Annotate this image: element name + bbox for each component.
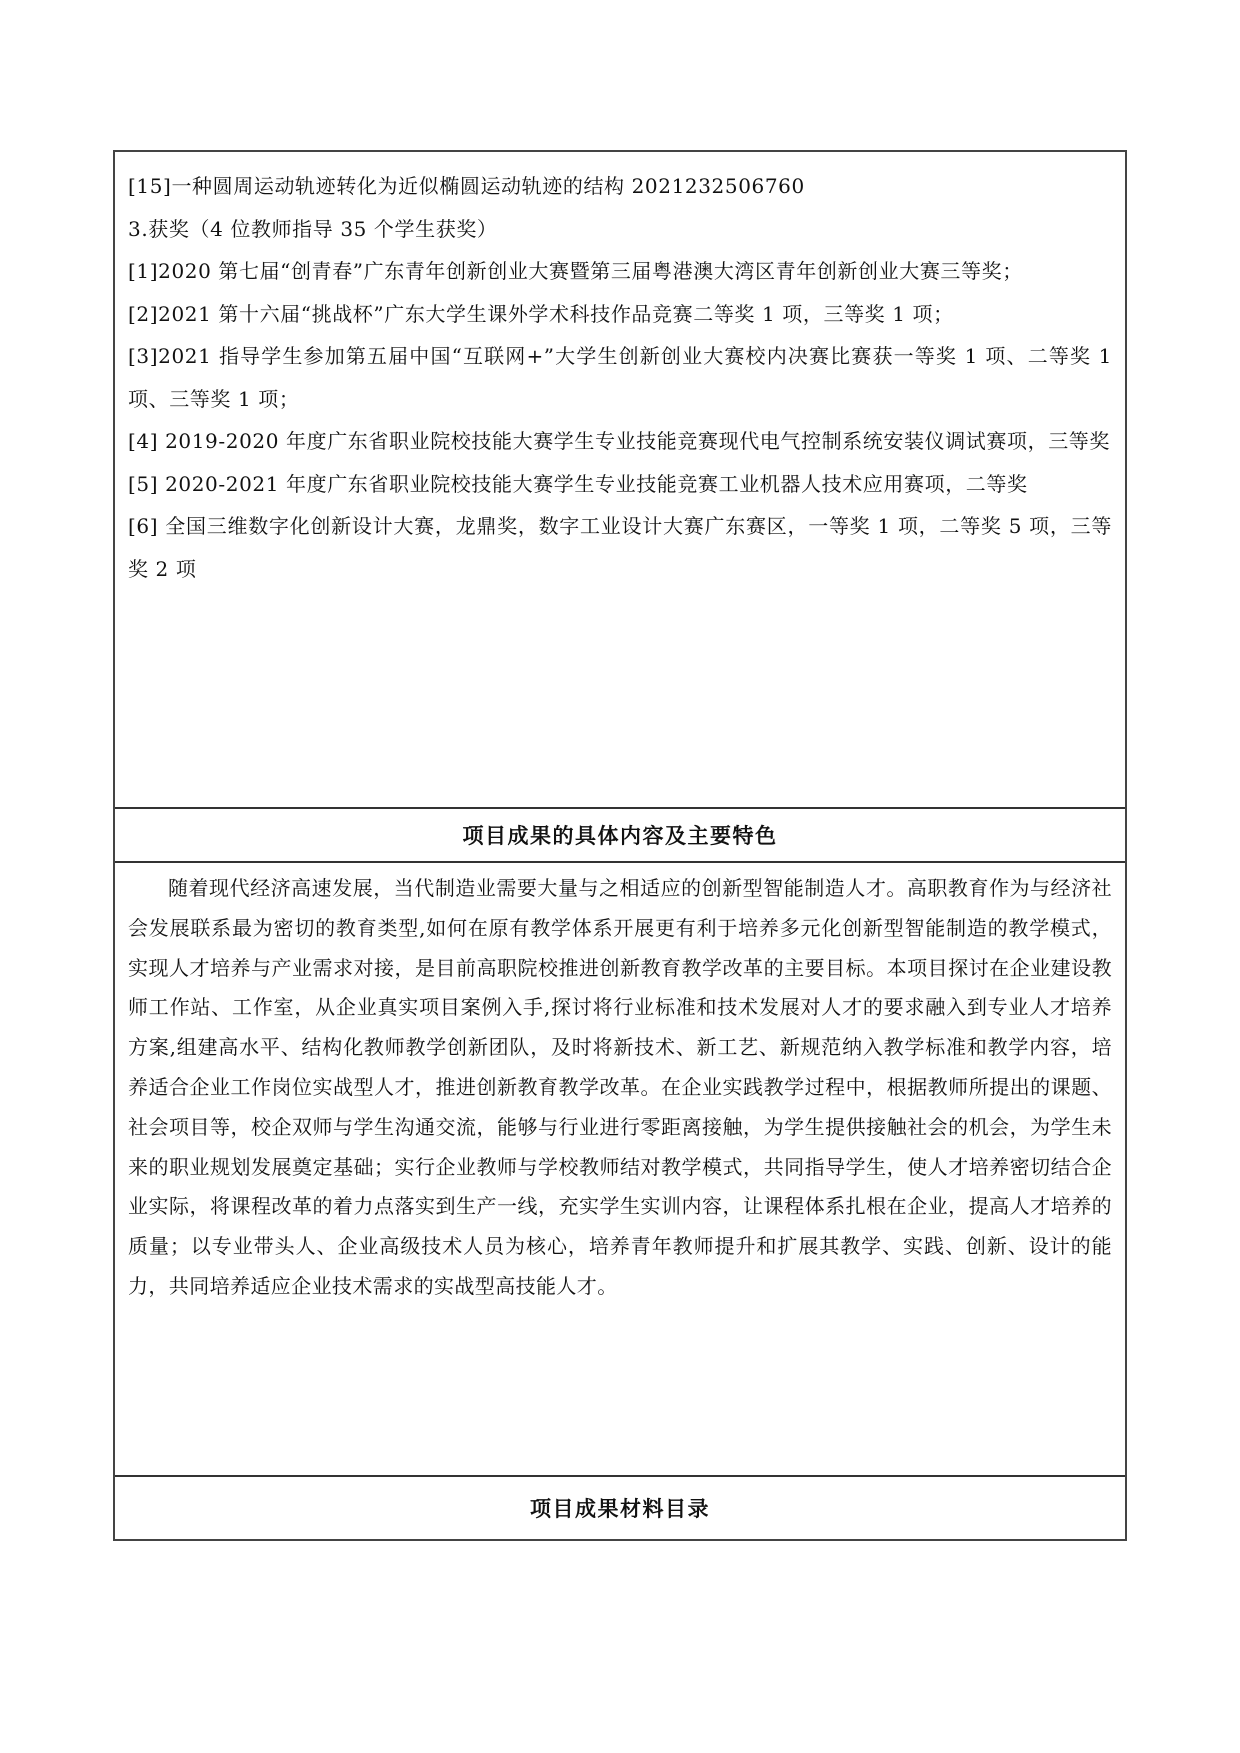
awards-cell: [15]一种圆周运动轨迹转化为近似椭圆运动轨迹的结构 2021232506760… bbox=[115, 152, 1125, 809]
awards-subheading: 3.获奖（4 位教师指导 35 个学生获奖） bbox=[128, 208, 1112, 251]
award-item-2: [2]2021 第十六届“挑战杯”广东大学生课外学术科技作品竞赛二等奖 1 项，… bbox=[128, 293, 1112, 336]
content-cell: 随着现代经济高速发展，当代制造业需要大量与之相适应的创新型智能制造人才。高职教育… bbox=[115, 863, 1125, 1477]
document-table: [15]一种圆周运动轨迹转化为近似椭圆运动轨迹的结构 2021232506760… bbox=[113, 150, 1127, 1541]
award-item-4: [4] 2019-2020 年度广东省职业院校技能大赛学生专业技能竞赛现代电气控… bbox=[128, 420, 1112, 463]
award-item-3: [3]2021 指导学生参加第五届中国“互联网+”大学生创新创业大赛校内决赛比赛… bbox=[128, 335, 1112, 420]
materials-section-heading: 项目成果材料目录 bbox=[115, 1477, 1125, 1539]
content-paragraph: 随着现代经济高速发展，当代制造业需要大量与之相适应的创新型智能制造人才。高职教育… bbox=[128, 869, 1112, 1307]
award-item-1: [1]2020 第七届“创青春”广东青年创新创业大赛暨第三届粤港澳大湾区青年创新… bbox=[128, 250, 1112, 293]
content-heading-text: 项目成果的具体内容及主要特色 bbox=[463, 820, 778, 850]
award-item-6: [6] 全国三维数字化创新设计大赛，龙鼎奖，数字工业设计大赛广东赛区，一等奖 1… bbox=[128, 505, 1112, 590]
materials-heading-text: 项目成果材料目录 bbox=[530, 1493, 710, 1523]
award-item-5: [5] 2020-2021 年度广东省职业院校技能大赛学生专业技能竞赛工业机器人… bbox=[128, 463, 1112, 506]
content-section-heading: 项目成果的具体内容及主要特色 bbox=[115, 809, 1125, 863]
patent-item-15: [15]一种圆周运动轨迹转化为近似椭圆运动轨迹的结构 2021232506760 bbox=[128, 165, 1112, 208]
